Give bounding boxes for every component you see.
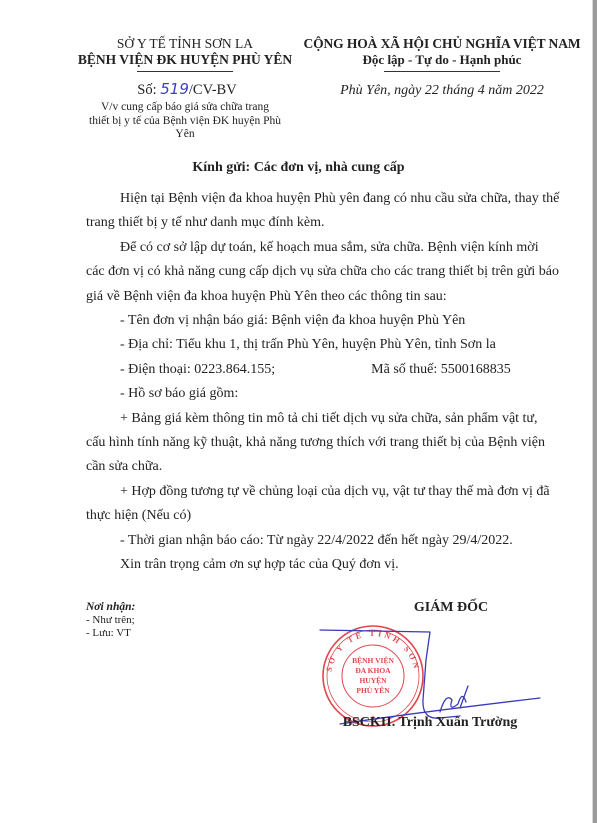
signature-title: GIÁM ĐỐC	[344, 600, 558, 616]
phone: - Điện thoại: 0223.864.155;	[120, 362, 275, 377]
dossier-heading: - Hồ sơ báo giá gồm:	[86, 382, 560, 406]
subject: V/v cung cấp báo giá sửa chữa trang thiế…	[62, 101, 308, 142]
org-parent: SỞ Y TẾ TỈNH SƠN LA	[62, 36, 308, 52]
issuer-header: SỞ Y TẾ TỈNH SƠN LA BỆNH VIỆN ĐK HUYỆN P…	[62, 36, 308, 142]
page-edge	[592, 0, 597, 823]
address: - Địa chỉ: Tiểu khu 1, thị trấn Phù Yên,…	[86, 333, 560, 357]
motto-divider	[384, 71, 500, 72]
document-number: Số: 519/CV-BV	[62, 80, 308, 99]
closing: Xin trân trọng cảm ơn sự hợp tác của Quý…	[86, 553, 560, 577]
org-name: BỆNH VIỆN ĐK HUYỆN PHÙ YÊN	[62, 52, 308, 68]
subject-line: V/v cung cấp báo giá sửa chữa trang	[62, 101, 308, 115]
contact-line: - Điện thoại: 0223.864.155;Mã số thuế: 5…	[86, 358, 560, 382]
nation-title: CỘNG HOÀ XÃ HỘI CHỦ NGHĨA VIỆT NAM	[300, 36, 584, 52]
subject-line: thiết bị y tế của Bệnh viện ĐK huyện Phù	[62, 115, 308, 129]
recipient-line: - Lưu: VT	[86, 627, 135, 640]
subject-line: Yên	[62, 128, 308, 142]
signer-name: BSCKII. Trịnh Xuân Trường	[300, 715, 560, 731]
signature-block: GIÁM ĐỐC	[318, 600, 558, 616]
tax-code: Mã số thuế: 5500168835	[371, 362, 511, 377]
header-divider	[137, 71, 233, 72]
recipients: Nơi nhận: - Như trên; - Lưu: VT	[86, 601, 135, 640]
motto: Độc lập - Tự do - Hạnh phúc	[300, 52, 584, 68]
letter-body: Hiện tại Bệnh viện đa khoa huyện Phù yên…	[86, 187, 560, 578]
paragraph: Để có cơ sở lập dự toán, kế hoạch mua sắ…	[86, 236, 560, 309]
dossier-item: + Hợp đồng tương tự về chủng loại của dị…	[86, 480, 560, 529]
paragraph: Hiện tại Bệnh viện đa khoa huyện Phù yên…	[86, 187, 560, 236]
number-suffix: /CV-BV	[189, 82, 237, 98]
recipients-title: Nơi nhận:	[86, 601, 135, 614]
date-line: Phù Yên, ngày 22 tháng 4 năm 2022	[300, 82, 584, 100]
handwritten-number: 519	[160, 80, 189, 98]
number-prefix: Số:	[137, 82, 160, 98]
recipient-name: - Tên đơn vị nhận báo giá: Bệnh viện đa …	[86, 309, 560, 333]
salutation: Kính gửi: Các đơn vị, nhà cung cấp	[0, 160, 597, 176]
deadline: - Thời gian nhận báo cáo: Từ ngày 22/4/2…	[86, 529, 560, 553]
signature-scribble-icon	[290, 620, 550, 730]
recipient-line: - Như trên;	[86, 614, 135, 627]
national-header: CỘNG HOÀ XÃ HỘI CHỦ NGHĨA VIỆT NAM Độc l…	[300, 36, 584, 100]
dossier-item: + Bảng giá kèm thông tin mô tả chi tiết …	[86, 407, 560, 480]
